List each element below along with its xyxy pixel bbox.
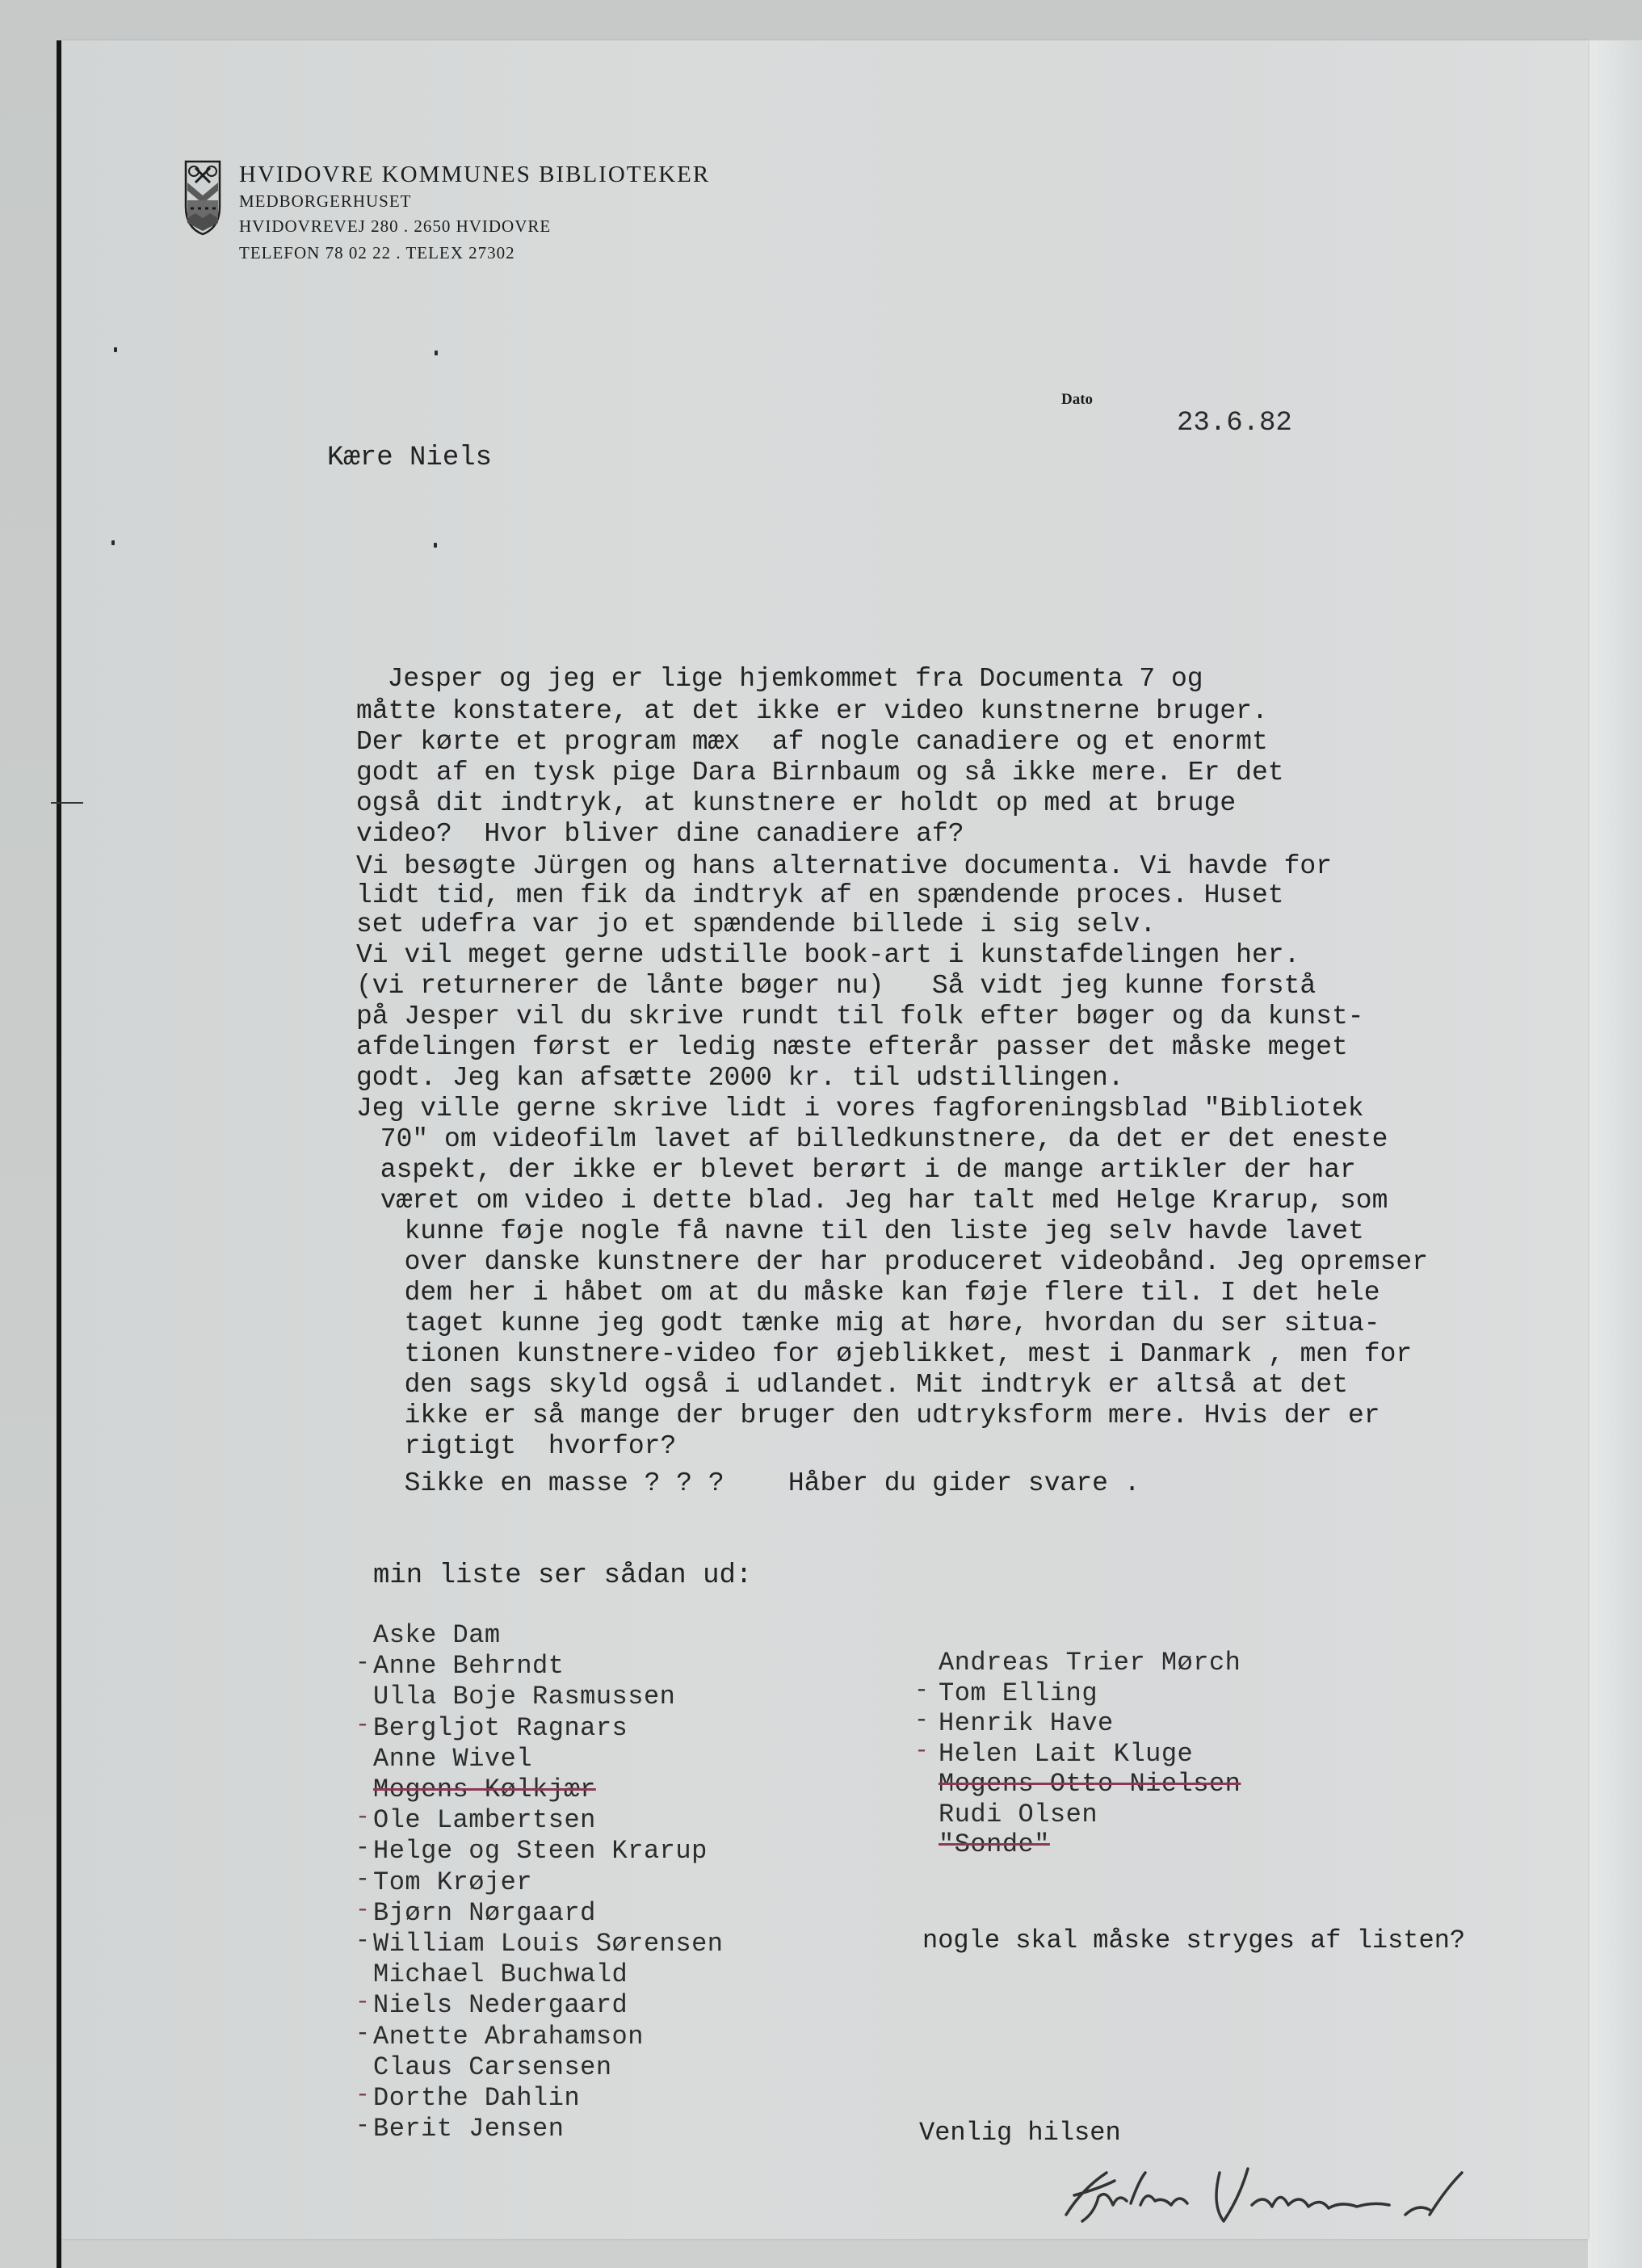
letter-date: 23.6.82 [1177, 408, 1292, 439]
struck-list-item: Mogens Otto Nielsen [939, 1769, 1241, 1800]
list-item-name: Bjørn Nørgaard [373, 1898, 596, 1929]
body-line: over danske kunstnere der har produceret… [372, 1247, 1428, 1278]
fold-mark [111, 540, 115, 545]
body-line: den sags skyld også i udlandet. Mit indt… [372, 1370, 1348, 1401]
letterhead-subtitle: MEDBORGERHUSET [239, 191, 412, 212]
body-line: Vi vil meget gerne udstille book-art i k… [356, 940, 1300, 971]
body-line: ikke er så mange der bruger den udtryksf… [372, 1401, 1380, 1431]
list-item-name: Michael Buchwald [373, 1959, 628, 1990]
body-line: dem her i håbet om at du måske kan føje … [372, 1278, 1380, 1308]
check-mark-dash: - [355, 2020, 370, 2047]
check-mark-dash: - [914, 1737, 929, 1765]
body-line: afdelingen først er ledig næste efterår … [356, 1032, 1348, 1063]
check-mark-dash: - [355, 1711, 370, 1739]
fold-mark [434, 543, 437, 548]
check-mark-dash: - [355, 1649, 370, 1677]
fold-mark [435, 351, 438, 355]
body-line: også dit indtryk, at kunstnere er holdt … [356, 788, 1236, 819]
list-item-name: Berit Jensen [373, 2114, 564, 2144]
fold-mark [114, 347, 117, 352]
body-line: været om video i dette blad. Jeg har tal… [364, 1186, 1388, 1216]
body-line: video? Hvor bliver dine canadiere af? [356, 819, 964, 850]
body-line: 70" om videofilm lavet af billedkunstner… [364, 1124, 1388, 1155]
letterhead-title: HVIDOVRE KOMMUNES BIBLIOTEKER [239, 162, 710, 188]
paper-underneath [1588, 40, 1642, 2268]
letterhead-telephone: TELEFON 78 02 22 . TELEX 27302 [239, 243, 515, 263]
body-line: Der kørte et program mæx af nogle canadi… [356, 727, 1268, 758]
body-line: set udefra var jo et spændende billede i… [356, 909, 1156, 940]
list-item-name: Claus Carsensen [373, 2052, 612, 2083]
list-item-name: Ulla Boje Rasmussen [373, 1682, 675, 1712]
list-intro: min liste ser sådan ud: [373, 1560, 752, 1591]
list-item-name: Ole Lambertsen [373, 1805, 596, 1836]
margin-fold-mark [51, 802, 83, 804]
list-item-name: Tom Elling [939, 1678, 1098, 1709]
salutation: Kære Niels [327, 443, 492, 473]
list-item-name: Niels Nedergaard [373, 1990, 628, 2021]
check-mark-dash: - [914, 1707, 929, 1734]
list-item-name: Henrik Have [939, 1708, 1114, 1739]
check-mark-dash: - [355, 1896, 370, 1924]
list-item-name: Tom Krøjer [373, 1867, 532, 1898]
body-line: tionen kunstnere-video for øjeblikket, m… [372, 1339, 1412, 1370]
body-line: Jesper og jeg er lige hjemkommet fra Doc… [355, 664, 1203, 695]
body-line: på Jesper vil du skrive rundt til folk e… [356, 1002, 1364, 1032]
check-mark-dash: - [355, 1866, 370, 1893]
check-mark-dash: - [355, 1927, 370, 1955]
coat-of-arms-icon [184, 158, 221, 236]
body-line: lidt tid, men fik da indtryk af en spænd… [356, 880, 1284, 911]
list-item-name: Helge og Steen Krarup [373, 1836, 708, 1867]
check-mark-dash: - [355, 1989, 370, 2016]
list-item-name: Anette Abrahamson [373, 2022, 644, 2052]
closing: Venlig hilsen [919, 2118, 1121, 2148]
check-mark-dash: - [355, 1834, 370, 1862]
list-item-name: Helen Lait Kluge [939, 1739, 1193, 1770]
list-item-name: Rudi Olsen [939, 1800, 1098, 1830]
body-line: aspekt, der ikke er blevet berørt i de m… [364, 1155, 1356, 1186]
handwritten-signature-icon [1050, 2157, 1535, 2229]
struck-list-item: "Sonde" [939, 1829, 1050, 1860]
list-item-name: Andreas Trier Mørch [939, 1648, 1241, 1678]
check-mark-dash: - [355, 2081, 370, 2109]
list-item-name: Anne Behrndt [373, 1651, 564, 1682]
list-item-name: William Louis Sørensen [373, 1929, 723, 1959]
list-note: nogle skal måske stryges af listen? [922, 1926, 1465, 1956]
body-line: Jeg ville gerne skrive lidt i vores fagf… [356, 1094, 1364, 1124]
list-item-name: Bergljot Ragnars [373, 1713, 628, 1744]
body-line: taget kunne jeg godt tænke mig at høre, … [372, 1308, 1380, 1339]
struck-list-item: Mogens Kølkjær [373, 1774, 596, 1805]
body-line: godt af en tysk pige Dara Birnbaum og så… [356, 758, 1284, 788]
list-item-name: Dorthe Dahlin [373, 2083, 580, 2114]
body-line: rigtigt hvorfor? [372, 1431, 676, 1462]
check-mark-dash: - [355, 1804, 370, 1831]
check-mark-dash: - [914, 1677, 929, 1704]
body-line: måtte konstatere, at det ikke er video k… [356, 696, 1268, 727]
body-line: (vi returnerer de lånte bøger nu) Så vid… [356, 971, 1316, 1002]
list-item-name: Anne Wivel [373, 1744, 532, 1774]
body-line: kunne føje nogle få navne til den liste … [372, 1216, 1364, 1247]
list-item-name: Aske Dam [373, 1620, 501, 1651]
check-mark-dash: - [355, 2112, 370, 2140]
body-line: Sikke en masse ? ? ? Håber du gider svar… [372, 1468, 1140, 1499]
body-line: godt. Jeg kan afsætte 2000 kr. til udsti… [356, 1063, 1124, 1094]
date-label: Dato [1061, 391, 1093, 409]
letterhead-address: HVIDOVREVEJ 280 . 2650 HVIDOVRE [239, 216, 551, 237]
page-left-edge [57, 40, 61, 2268]
body-line: Vi besøgte Jürgen og hans alternative do… [356, 851, 1332, 882]
